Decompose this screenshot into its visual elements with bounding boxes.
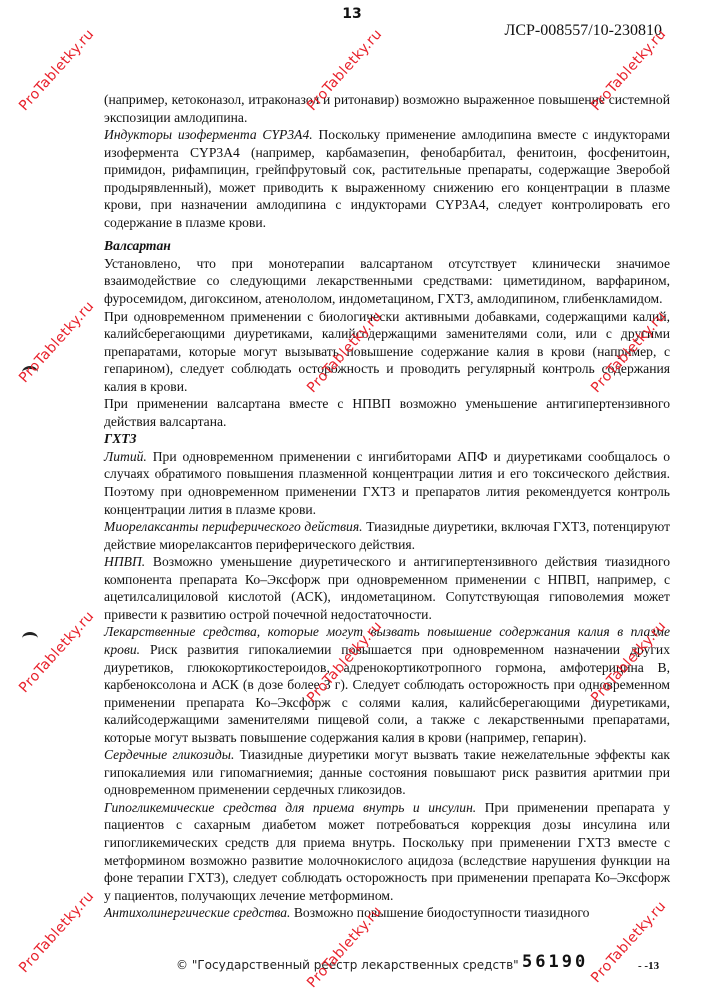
subheading-nsaid: НПВП. bbox=[104, 554, 145, 569]
paragraph-potassium-drugs: Лекарственные средства, которые могут вы… bbox=[104, 623, 670, 746]
paragraph-text: При применении препарата у пациентов с с… bbox=[104, 800, 670, 903]
section-heading-valsartan: Валсартан bbox=[104, 237, 670, 255]
paragraph-hypoglycemics: Гипогликемические средства для приема вн… bbox=[104, 799, 670, 904]
paragraph-lithium: Литий. При одновременном применении с ин… bbox=[104, 448, 670, 518]
paragraph-valsartan-monotherapy: Установлено, что при монотерапии валсарт… bbox=[104, 255, 670, 308]
paragraph-text: Возможно повышение биодоступности тиазид… bbox=[290, 905, 589, 920]
stamp-number: 56190 bbox=[522, 952, 588, 972]
copyright-footer: © "Государственный реестр лекарственных … bbox=[176, 958, 519, 972]
subheading-cyp3a4-inducers: Индукторы изофермента CYP3A4. bbox=[104, 127, 313, 142]
paragraph-valsartan-potassium: При одновременном применении с биологиче… bbox=[104, 308, 670, 396]
paragraph-text: При одновременном применении с ингибитор… bbox=[104, 449, 670, 517]
document-code: ЛСР-008557/10-230810 bbox=[504, 22, 662, 40]
punch-hole-mark-icon bbox=[22, 632, 38, 645]
subheading-muscle-relaxants: Миорелаксанты периферического действия. bbox=[104, 519, 363, 534]
paragraph-text: Возможно уменьшение диуретического и ант… bbox=[104, 554, 670, 622]
page-number: 13 bbox=[0, 6, 704, 22]
stamp-page-number: - -13 bbox=[638, 960, 659, 972]
paragraph-amlodipine-inhibitors: (например, кетоконазол, итраконазол и ри… bbox=[104, 91, 670, 126]
document-body: (например, кетоконазол, итраконазол и ри… bbox=[104, 91, 670, 922]
punch-hole-mark-icon bbox=[22, 366, 38, 379]
watermark: ProTabletky.ru bbox=[16, 26, 97, 114]
paragraph-cyp3a4-inducers: Индукторы изофермента CYP3A4. Поскольку … bbox=[104, 126, 670, 231]
subheading-anticholinergics: Антихолинергические средства. bbox=[104, 905, 290, 920]
subheading-hypoglycemics: Гипогликемические средства для приема вн… bbox=[104, 800, 476, 815]
subheading-lithium: Литий. bbox=[104, 449, 147, 464]
paragraph-valsartan-nsaid: При применении валсартана вместе с НПВП … bbox=[104, 395, 670, 430]
paragraph-text: Риск развития гипокалиемии повышается пр… bbox=[104, 642, 670, 745]
paragraph-cardiac-glycosides: Сердечные гликозиды. Тиазидные диуретики… bbox=[104, 746, 670, 799]
paragraph-text: Поскольку применение амлодипина вместе с… bbox=[104, 127, 670, 230]
watermark: ProTabletky.ru bbox=[16, 608, 97, 696]
subheading-cardiac-glycosides: Сердечные гликозиды. bbox=[104, 747, 234, 762]
paragraph-anticholinergics: Антихолинергические средства. Возможно п… bbox=[104, 904, 670, 922]
section-heading-hctz: ГХТЗ bbox=[104, 430, 670, 448]
paragraph-nsaid: НПВП. Возможно уменьшение диуретического… bbox=[104, 553, 670, 623]
paragraph-muscle-relaxants: Миорелаксанты периферического действия. … bbox=[104, 518, 670, 553]
watermark: ProTabletky.ru bbox=[16, 888, 97, 976]
